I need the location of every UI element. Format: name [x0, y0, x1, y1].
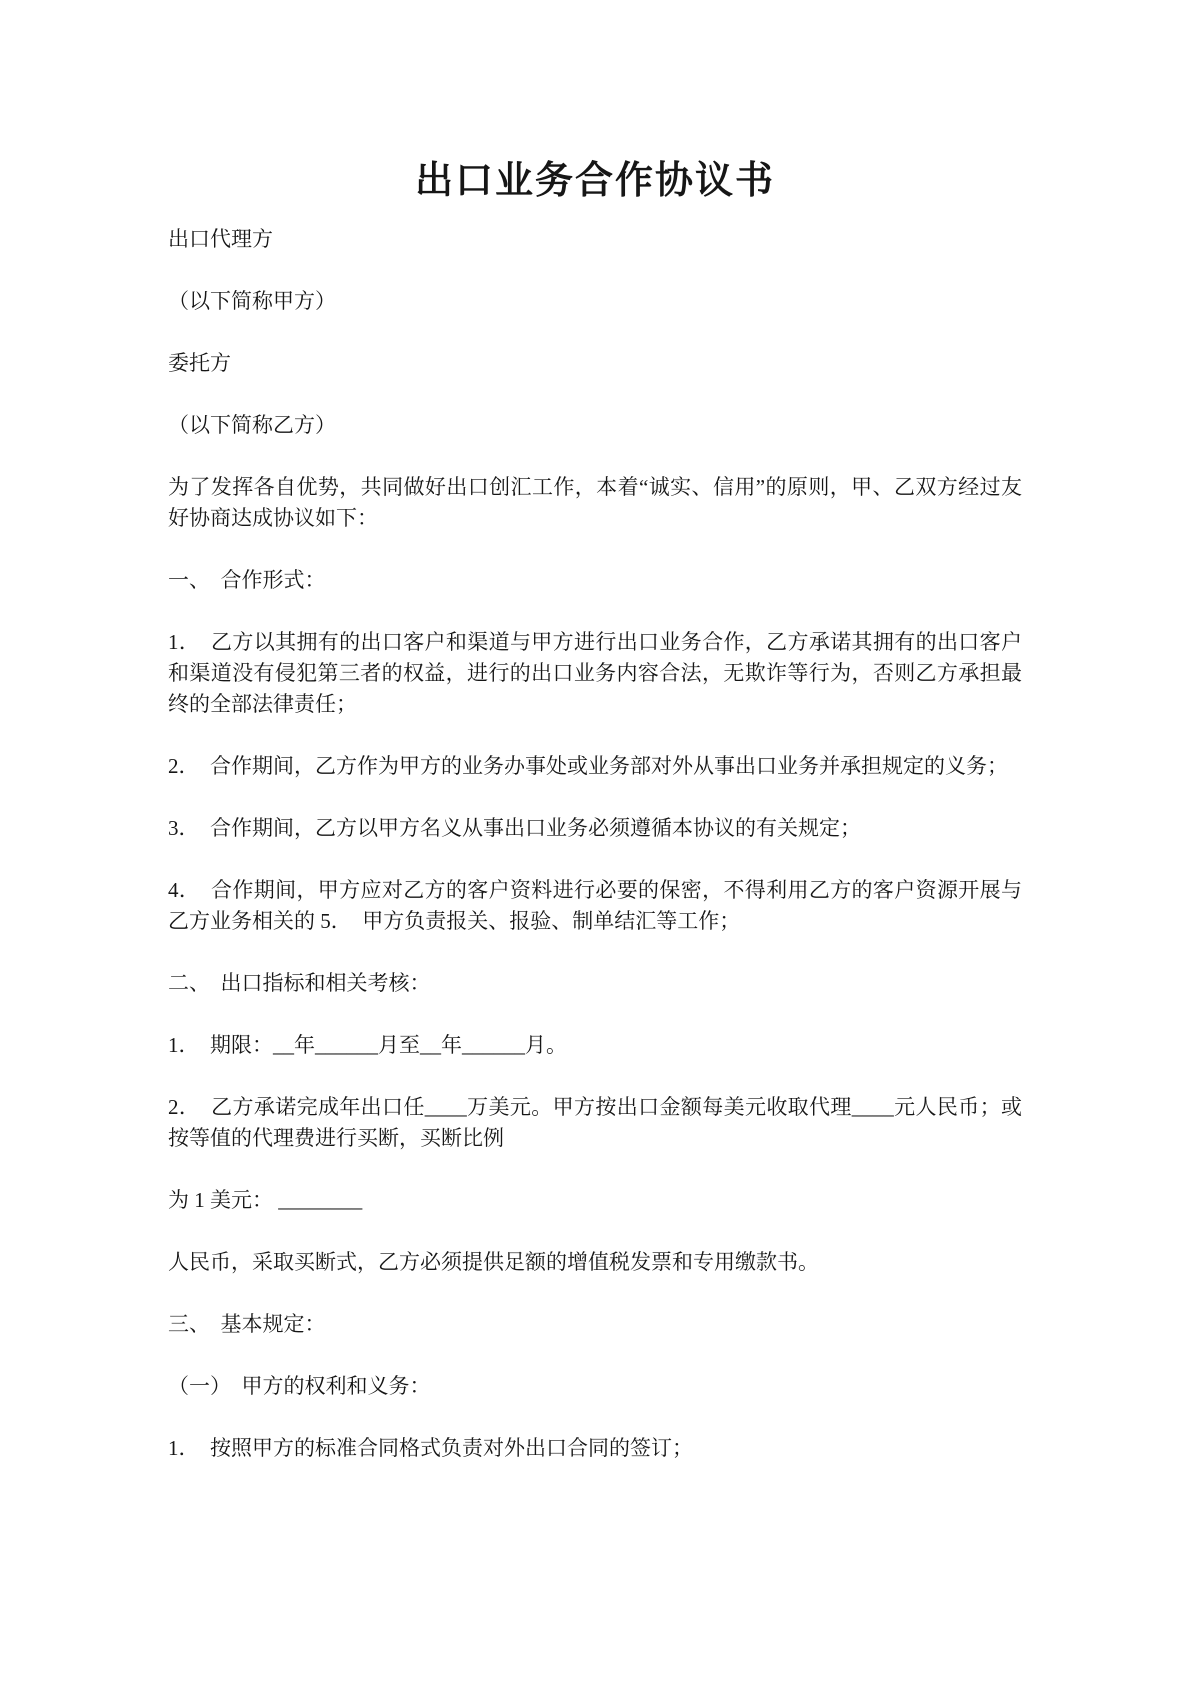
- para-section2-item-2-commitment: 2． 乙方承诺完成年出口任____万美元。甲方按出口金额每美元收取代理____元…: [168, 1092, 1022, 1154]
- para-party-b-abbrev: （以下简称乙方）: [168, 410, 1022, 441]
- document-page: 出口业务合作协议书 出口代理方 （以下简称甲方） 委托方 （以下简称乙方） 为了…: [0, 0, 1190, 1683]
- para-party-a-abbrev: （以下简称甲方）: [168, 286, 1022, 317]
- heading-section3-party-a-rights: （一） 甲方的权利和义务：: [168, 1371, 1022, 1402]
- document-title: 出口业务合作协议书: [168, 158, 1022, 204]
- para-section2-rmb-buyout: 人民币，采取买断式，乙方必须提供足额的增值税发票和专用缴款书。: [168, 1247, 1022, 1278]
- heading-section-2-export-targets: 二、 出口指标和相关考核：: [168, 968, 1022, 999]
- heading-section-3-basic-rules: 三、 基本规定：: [168, 1309, 1022, 1340]
- para-section1-item-3: 3． 合作期间，乙方以甲方名义从事出口业务必须遵循本协议的有关规定；: [168, 813, 1022, 844]
- para-section3-item-1: 1． 按照甲方的标准合同格式负责对外出口合同的签订；: [168, 1433, 1022, 1464]
- para-section2-per-dollar-blank: 为 1 美元： ________: [168, 1185, 1022, 1216]
- para-preamble: 为了发挥各自优势，共同做好出口创汇工作，本着“诚实、信用”的原则，甲、乙双方经过…: [168, 472, 1022, 534]
- para-section1-item-2: 2． 合作期间，乙方作为甲方的业务办事处或业务部对外从事出口业务并承担规定的义务…: [168, 751, 1022, 782]
- para-section1-item-4-5: 4． 合作期间，甲方应对乙方的客户资料进行必要的保密，不得利用乙方的客户资源开展…: [168, 875, 1022, 937]
- heading-section-1-cooperation-form: 一、 合作形式：: [168, 565, 1022, 596]
- document-title-text: 出口业务合作协议书: [415, 160, 775, 202]
- para-section2-item-1-term: 1． 期限：__年______月至__年______月。: [168, 1030, 1022, 1061]
- para-section1-item-1: 1． 乙方以其拥有的出口客户和渠道与甲方进行出口业务合作，乙方承诺其拥有的出口客…: [168, 627, 1022, 720]
- para-entrusting-party-label: 委托方: [168, 348, 1022, 379]
- para-export-agent-label: 出口代理方: [168, 224, 1022, 255]
